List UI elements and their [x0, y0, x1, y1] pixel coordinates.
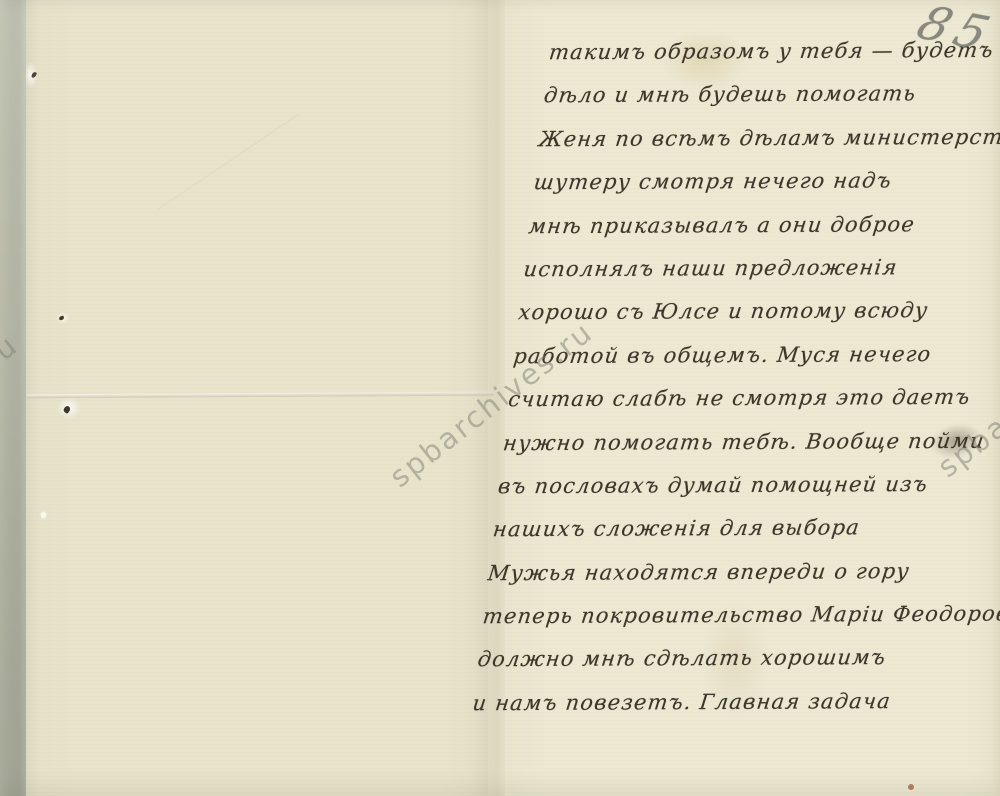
handwritten-line: исполнялъ наши предложенія — [521, 246, 1000, 292]
archival-letter-scan: такимъ образомъ у тебя — будетъ принялъ … — [0, 0, 1000, 796]
handwritten-line: дѣло и мнѣ будешь помогать — [541, 72, 1000, 118]
handwritten-line: должно мнѣ сдѣлать хорошимъ — [475, 636, 966, 682]
handwritten-line: шутеру смотря нечего надъ — [531, 159, 1000, 205]
paper-nick — [56, 396, 82, 420]
handwritten-line: нужно помогать тебѣ. Вообще пойми — [501, 419, 992, 465]
handwritten-line: и намъ повезетъ. Главная задача — [470, 680, 961, 726]
handwritten-line: теперь покровительство Марiи Феодоровны — [480, 593, 971, 639]
handwritten-line: считаю слабѣ не смотря это даетъ — [506, 376, 997, 422]
handwritten-line: въ пословахъ думай помощней изъ — [496, 463, 987, 509]
handwritten-line: нашихъ сложенія для выбора — [490, 506, 981, 552]
book-edge-band — [0, 0, 26, 796]
rust-spot — [908, 784, 914, 790]
handwritten-line: Мужья находятся впереди о гору — [485, 549, 976, 595]
paper-nick — [26, 62, 38, 88]
handwritten-line: Женя по всѣмъ дѣламъ министерству — [536, 116, 1000, 162]
paper-speck — [41, 512, 46, 518]
handwritten-line: мнѣ приказывалъ а они доброе — [526, 202, 1000, 248]
paper-nick — [56, 312, 70, 324]
